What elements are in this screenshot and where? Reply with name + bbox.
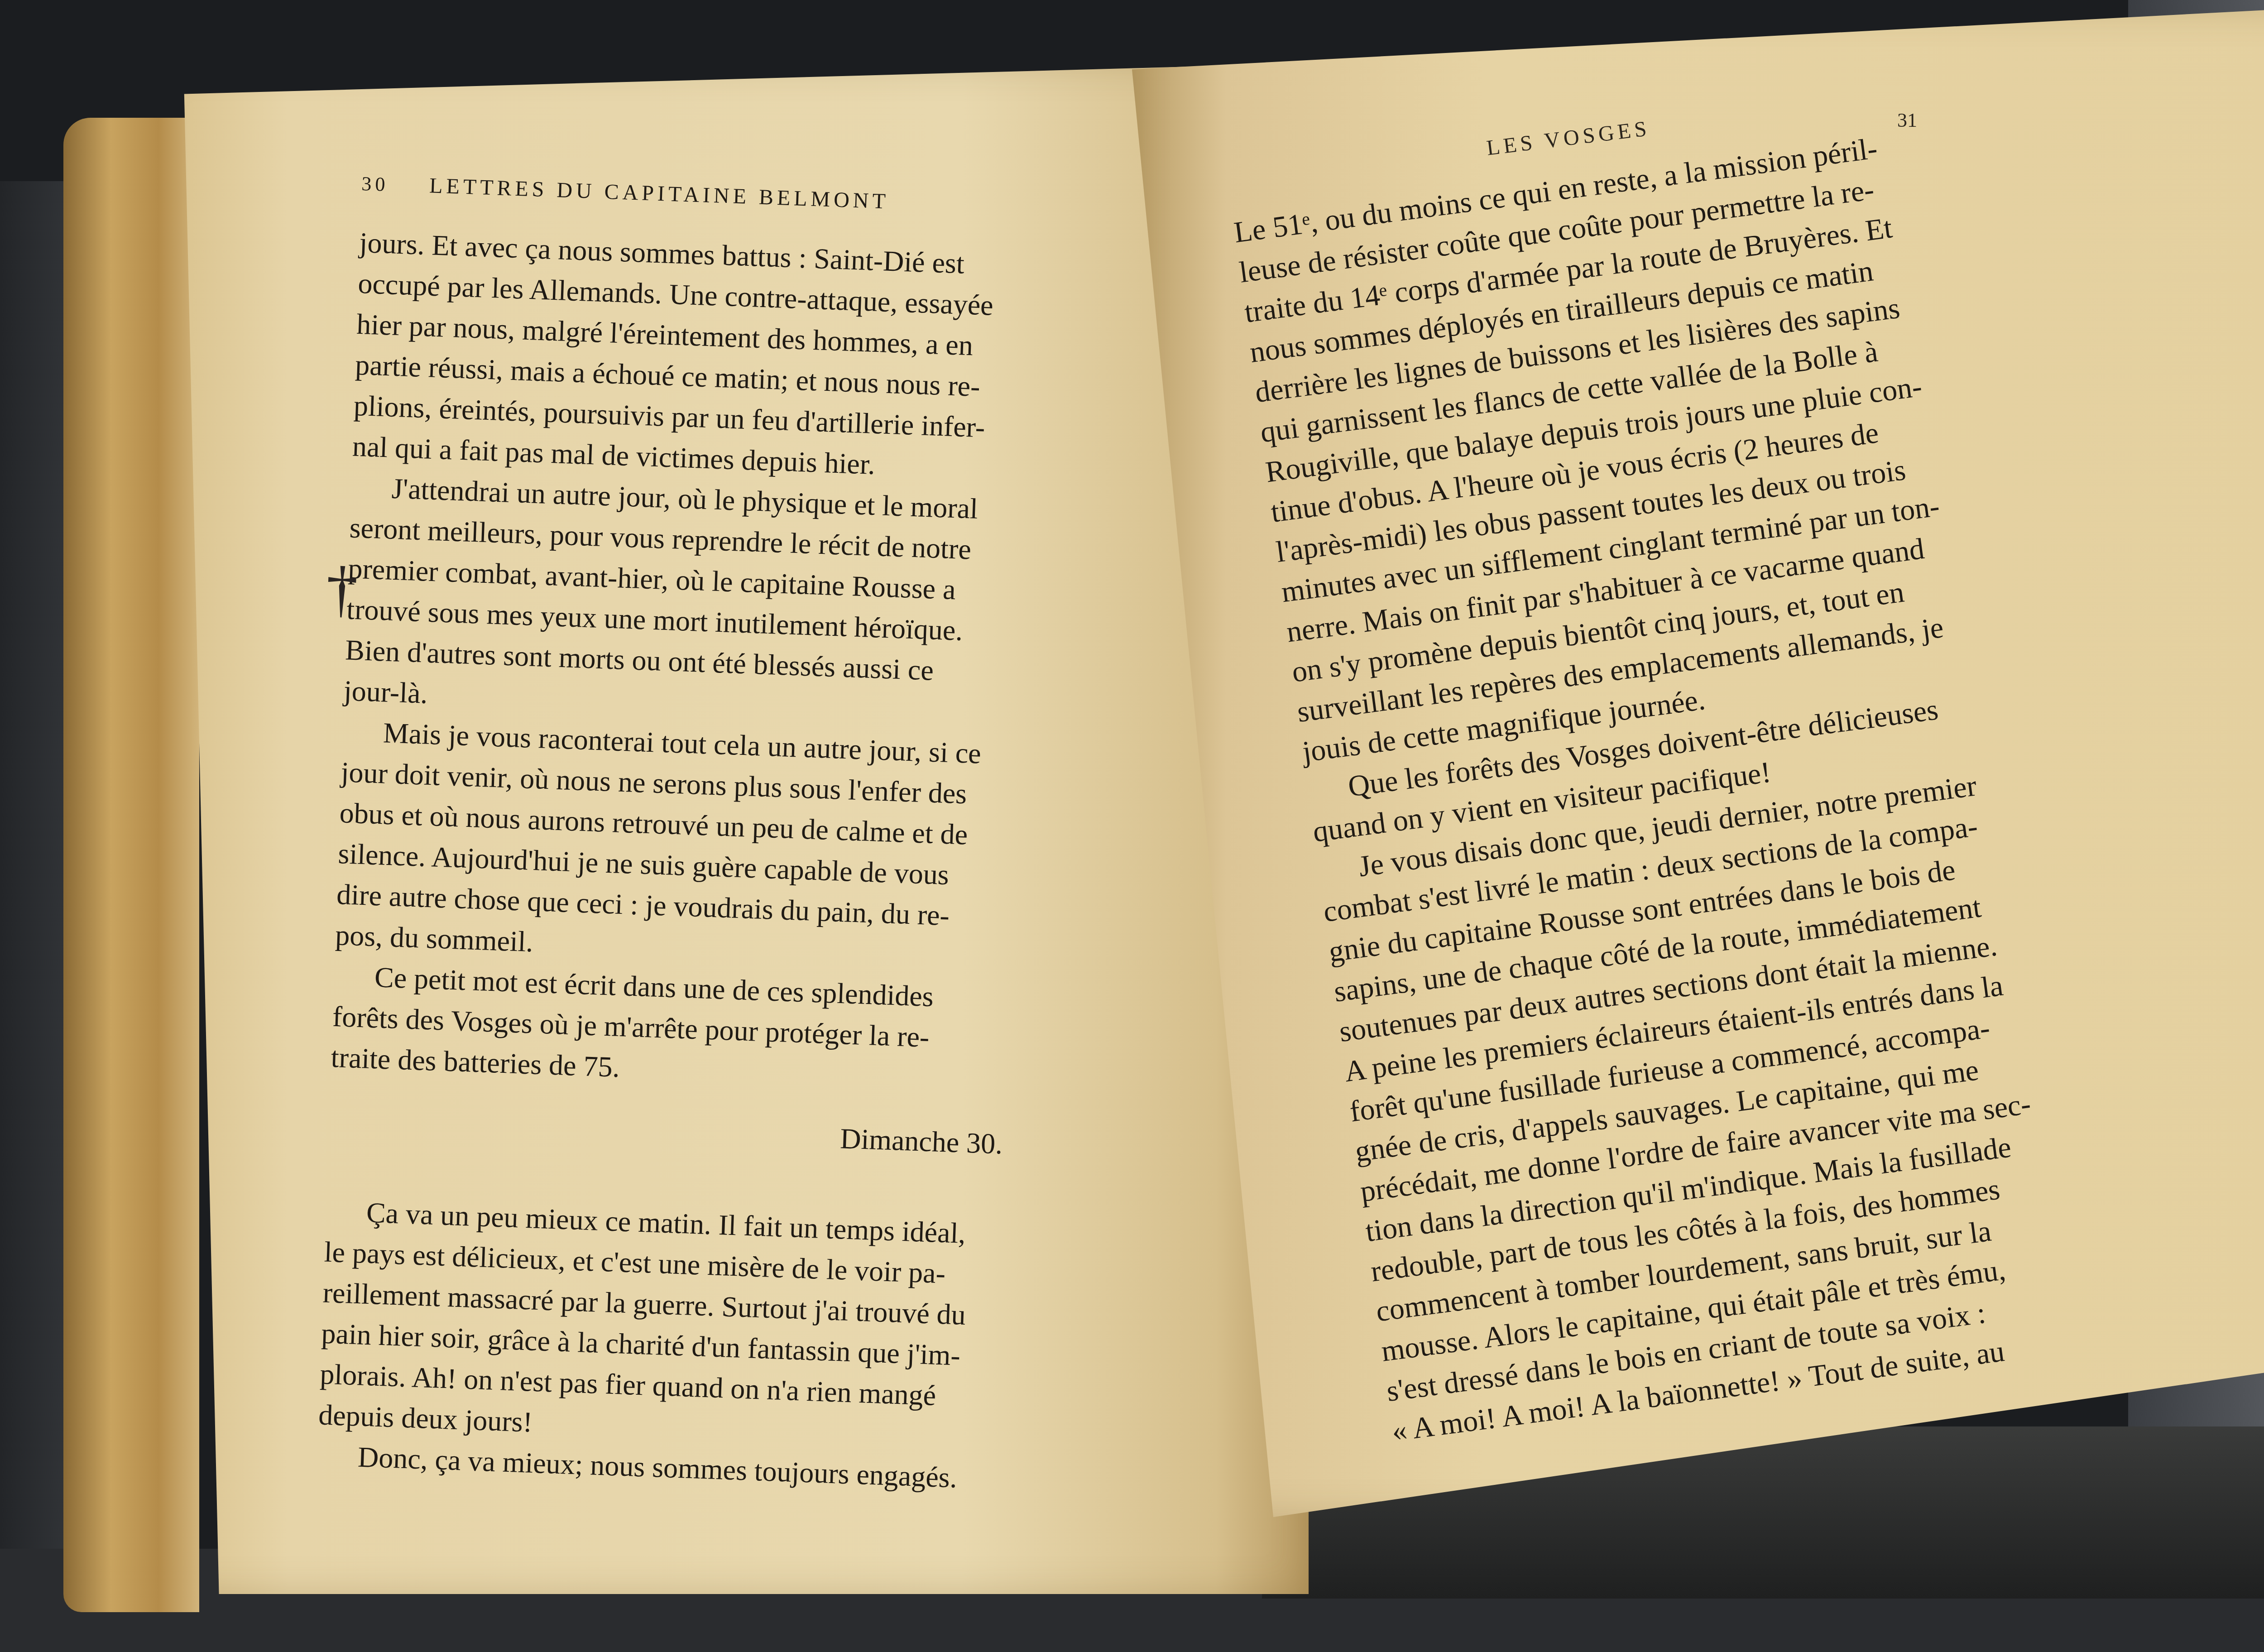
cross-mark-icon: †: [325, 552, 359, 626]
right-body: Le 51ᵉ, ou du moins ce qui en reste, a l…: [1232, 101, 2248, 1451]
page-stack-edge: [63, 118, 199, 1612]
left-page-number: 30: [361, 163, 389, 205]
right-page-text: Le 51ᵉ, ou du moins ce qui en reste, a l…: [1232, 101, 2248, 1451]
left-page-text: 30 LETTRES DU CAPITAINE BELMONT jours. E…: [317, 163, 1132, 1503]
left-body: jours. Et avec ça nous sommes battus : S…: [330, 222, 1129, 1105]
dateline: Dimanche 30.: [328, 1100, 1099, 1168]
left-body-after-date: Ça va un peu mieux ce matin. Il fait un …: [317, 1191, 1096, 1503]
